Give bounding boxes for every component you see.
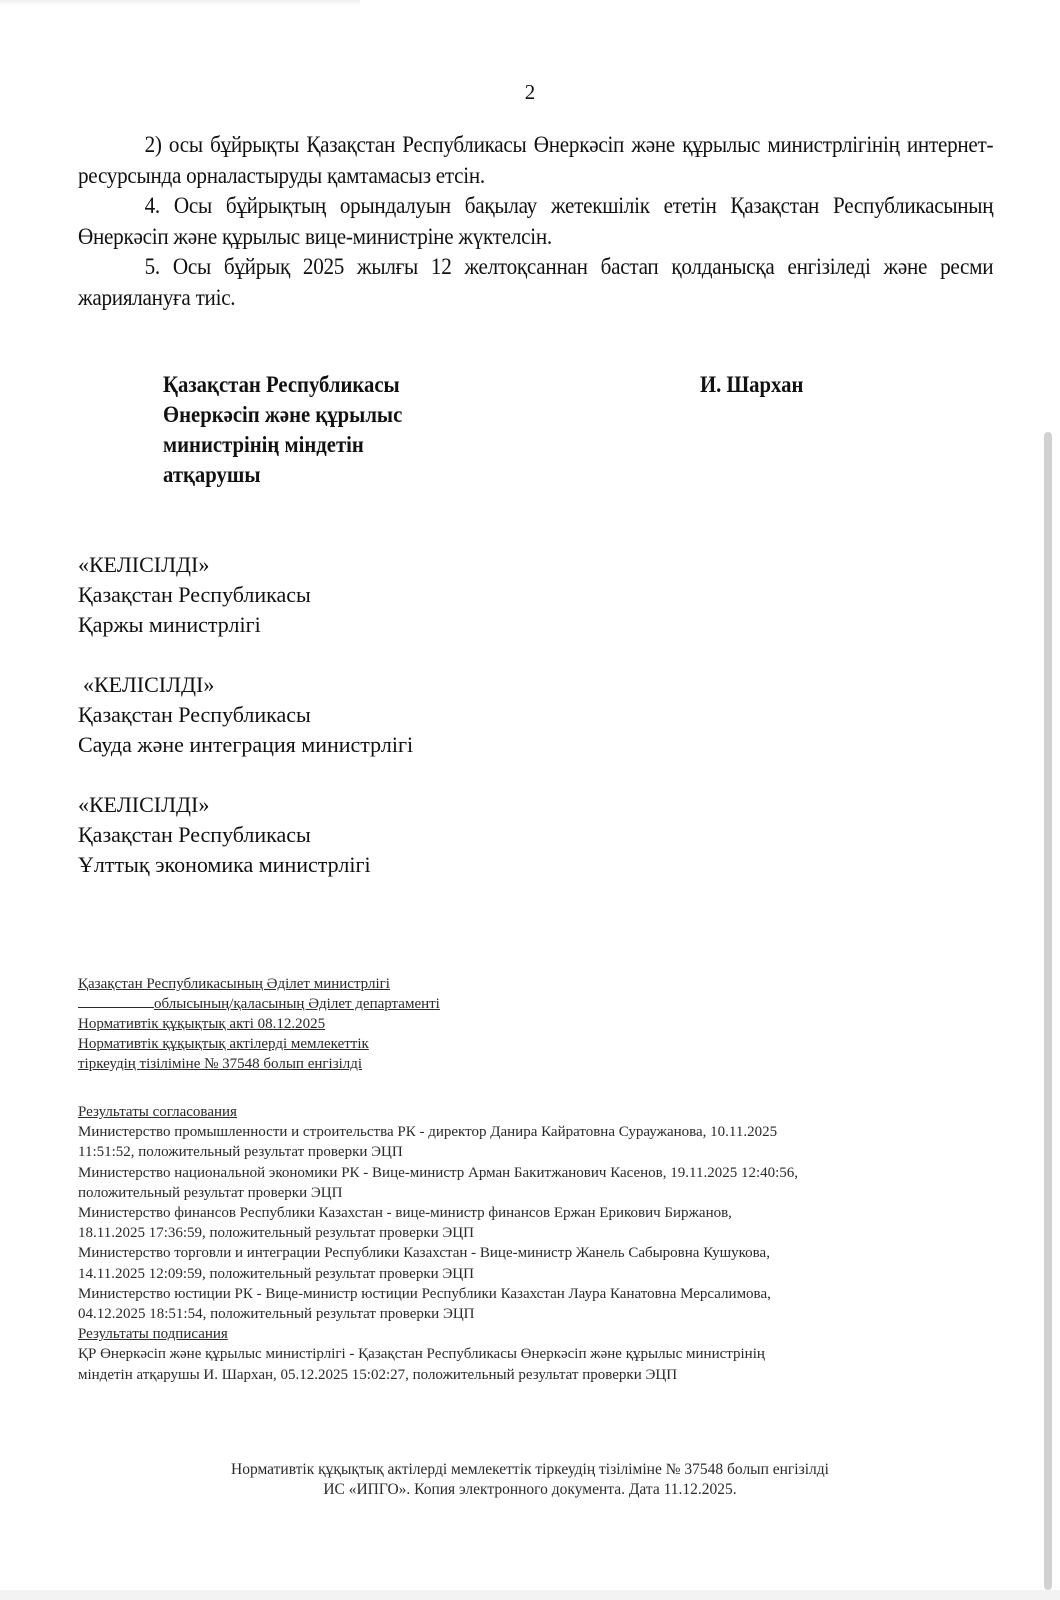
approval-line: 04.12.2025 18:51:54, положительный резул…: [78, 1304, 1008, 1324]
paragraph-4: 4. Осы бұйрықтың орындалуын бақылау жете…: [78, 191, 993, 252]
stamp-line: Нормативтік құқықтық актілерді мемлекетт…: [78, 1034, 440, 1054]
agreement-block-economy: «КЕЛІСІЛДІ» Қазақстан Республикасы Ұлтты…: [78, 790, 371, 880]
agreement-line: Қазақстан Республикасы: [78, 580, 311, 610]
signatory-position-line: атқарушы: [163, 460, 402, 490]
approval-line: Министерство юстиции РК - Вице-министр ю…: [78, 1284, 1008, 1304]
signing-line: ҚР Өнеркәсіп және құрылыс министірлігі -…: [78, 1344, 1008, 1364]
paragraph-2: 2) осы бұйрықты Қазақстан Республикасы Ө…: [78, 130, 993, 191]
stamp-line: тіркеудің тізіліміне № 37548 болып енгіз…: [78, 1054, 440, 1074]
paragraph-5: 5. Осы бұйрық 2025 жылғы 12 желтоқсаннан…: [78, 252, 993, 313]
approval-line: 11:51:52, положительный результат провер…: [78, 1142, 1008, 1162]
bottom-edge: [0, 1590, 1060, 1600]
approval-line: Министерство торговли и интеграции Респу…: [78, 1243, 1008, 1263]
signatory-position-line: Өнеркәсіп және құрылыс: [163, 400, 402, 430]
order-body: 2) осы бұйрықты Қазақстан Республикасы Ө…: [78, 130, 993, 313]
stamp-line: Қазақстан Республикасының Әділет министр…: [78, 974, 440, 994]
approval-line: Министерство финансов Республики Казахст…: [78, 1203, 1008, 1223]
document-footer: Нормативтік құқықтық актілерді мемлекетт…: [0, 1460, 1060, 1500]
agreement-label: «КЕЛІСІЛДІ»: [78, 550, 311, 580]
signatory-name: И. Шархан: [700, 370, 803, 400]
footer-copy-line: ИС «ИПГО». Копия электронного документа.…: [0, 1480, 1060, 1500]
page-number: 2: [0, 80, 1060, 105]
justice-registration-stamp: Қазақстан Республикасының Әділет министр…: [78, 974, 440, 1074]
document-page: 2 2) осы бұйрықты Қазақстан Республикасы…: [0, 0, 1060, 1590]
signatory-position-line: министрінің міндетін: [163, 430, 402, 460]
top-shadow: [0, 0, 360, 6]
agreement-label: «КЕЛІСІЛДІ»: [78, 670, 413, 700]
approval-line: Министерство национальной экономики РК -…: [78, 1163, 1008, 1183]
agreement-label: «КЕЛІСІЛДІ»: [78, 790, 371, 820]
vertical-scrollbar[interactable]: [1044, 432, 1052, 1590]
blank-field: [78, 1006, 154, 1008]
approval-line: 18.11.2025 17:36:59, положительный резул…: [78, 1223, 1008, 1243]
ecp-results: Результаты согласования Министерство про…: [78, 1102, 1008, 1385]
stamp-line-department: облысының/қаласының Әділет департаменті: [78, 994, 440, 1014]
signing-line: міндетін атқарушы И. Шархан, 05.12.2025 …: [78, 1365, 1008, 1385]
approval-line: 14.11.2025 12:09:59, положительный резул…: [78, 1264, 1008, 1284]
agreement-line: Ұлттық экономика министрлігі: [78, 850, 371, 880]
agreement-line: Қазақстан Республикасы: [78, 700, 413, 730]
signing-results-header: Результаты подписания: [78, 1324, 1008, 1344]
approval-line: положительный результат проверки ЭЦП: [78, 1183, 1008, 1203]
agreement-line: Қазақстан Республикасы: [78, 820, 371, 850]
agreement-line: Сауда және интеграция министрлігі: [78, 730, 413, 760]
signatory-position: Қазақстан Республикасы Өнеркәсіп және құ…: [163, 370, 402, 490]
stamp-line: Нормативтік құқықтық акті 08.12.2025: [78, 1014, 440, 1034]
footer-registration-line: Нормативтік құқықтық актілерді мемлекетт…: [0, 1460, 1060, 1480]
signatory-position-line: Қазақстан Республикасы: [163, 370, 402, 400]
agreement-line: Қаржы министрлігі: [78, 610, 311, 640]
approval-results-header: Результаты согласования: [78, 1102, 1008, 1122]
approval-line: Министерство промышленности и строительс…: [78, 1122, 1008, 1142]
agreement-block-trade: «КЕЛІСІЛДІ» Қазақстан Республикасы Сауда…: [78, 670, 413, 760]
stamp-line-text: облысының/қаласының Әділет департаменті: [154, 996, 440, 1012]
agreement-block-finance: «КЕЛІСІЛДІ» Қазақстан Республикасы Қаржы…: [78, 550, 311, 640]
